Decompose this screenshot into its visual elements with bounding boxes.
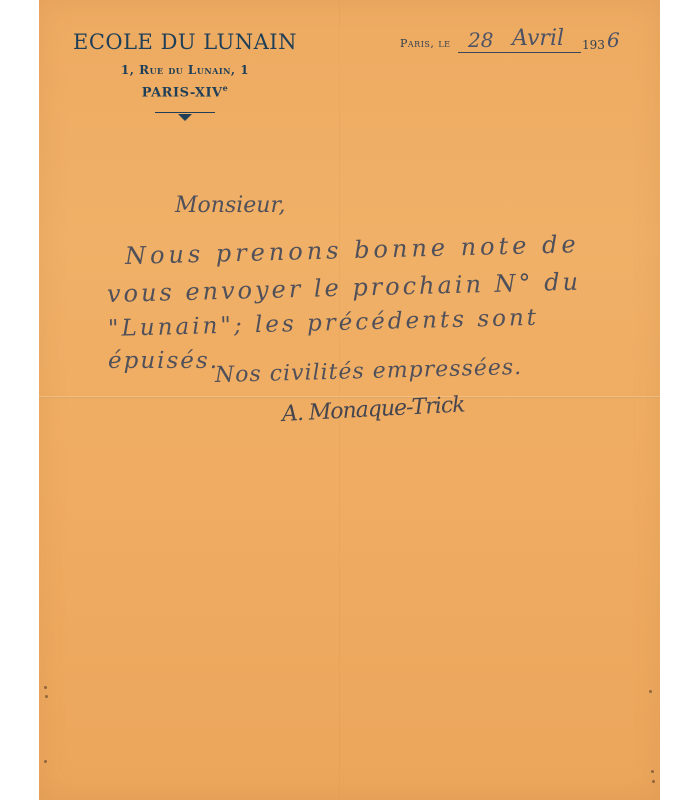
- date-year-printed: 193: [582, 38, 605, 52]
- dateline: Paris, le 28 Avril 193 6: [400, 32, 650, 54]
- school-street-address: 1, Rue du Lunain, 1: [60, 63, 310, 77]
- letterhead: ECOLE DU LUNAIN 1, Rue du Lunain, 1 PARI…: [60, 30, 310, 122]
- paper-stain: [649, 690, 652, 693]
- body-line-4: épuisés.: [108, 348, 219, 374]
- school-name: ECOLE DU LUNAIN: [60, 30, 310, 54]
- school-city: PARIS-XIVe: [60, 83, 310, 100]
- date-day: 28: [468, 28, 493, 52]
- paper-stain: [652, 780, 655, 783]
- paper-stain: [651, 770, 654, 773]
- paper-stain: [44, 686, 47, 689]
- ornament-triangle-icon: [155, 110, 215, 122]
- salutation: Monsieur,: [175, 193, 286, 218]
- date-year-handwritten: 6: [607, 28, 620, 52]
- date-prefix: Paris, le: [400, 37, 451, 50]
- paper-stain: [44, 760, 47, 763]
- paper-stain: [45, 695, 48, 698]
- date-underline: [458, 52, 581, 53]
- date-month: Avril: [512, 26, 564, 51]
